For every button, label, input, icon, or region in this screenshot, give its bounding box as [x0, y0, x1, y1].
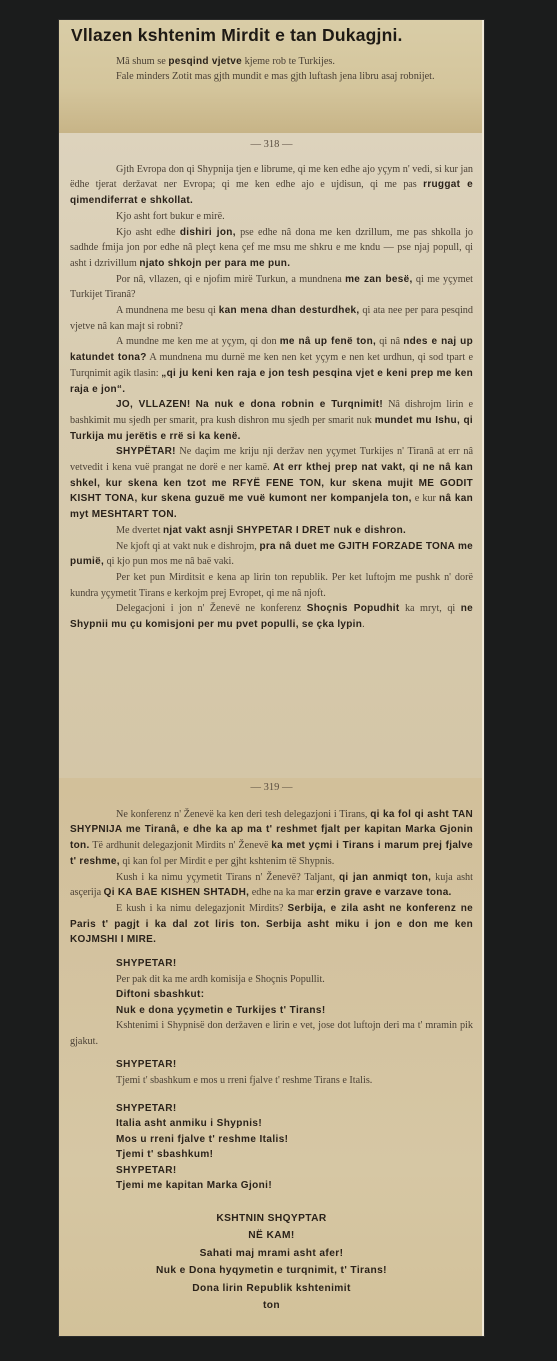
- header-intro: Mâ shum se pesqind vjetve kjeme rob te T…: [59, 54, 484, 84]
- text-run: Mâ shum se: [116, 56, 168, 67]
- text-run: Ne konferenz n' Ženevë ka ken deri tesh …: [116, 809, 370, 820]
- appeal-heading: SHYPETAR!: [116, 1057, 473, 1073]
- paragraph: Gjth Evropa don qi Shypnija tjen e libru…: [59, 162, 484, 209]
- text-run: Delegacjoni i jon n' Ženevë ne konferenz: [116, 603, 307, 614]
- closing-line: Dona lirin Republik kshtenimit: [59, 1280, 484, 1298]
- text-run: E kush i ka nimu delegazjonit Mirdits?: [116, 903, 288, 914]
- text-run: Kjo asht fort bukur e mirë.: [116, 211, 225, 222]
- text-run: qi nâ: [376, 336, 403, 347]
- appeal-paragraph: Tjemi t' sbashkum e mos u rreni fjalve t…: [59, 1073, 484, 1089]
- text-run: A mundne me ken me at yçym, qi don: [116, 336, 280, 347]
- bold-run: dishiri jon,: [180, 227, 236, 238]
- page-number: — 318 —: [59, 137, 484, 153]
- bold-run: JO, VLLAZEN!: [116, 399, 191, 410]
- paper-edge: [482, 20, 484, 1336]
- text-run: A mundnena me besu qi: [116, 305, 219, 316]
- text-run: e kur: [412, 493, 439, 504]
- appeal-line: Italia asht anmiku i Shypnis!: [116, 1116, 473, 1132]
- closing-line: Sahati maj mrami asht afer!: [59, 1245, 484, 1263]
- text-run: Me dvertet: [116, 525, 163, 536]
- paragraph: SHYPËTAR! Ne daçim me kriju nji deržav n…: [59, 444, 484, 523]
- paragraph: Delegacjoni i jon n' Ženevë ne konferenz…: [59, 601, 484, 632]
- text-run: qi kan fol per Mirdit e per gjht kshteni…: [120, 856, 334, 867]
- text-run: edhe na ka mar: [249, 887, 316, 898]
- bold-run: njat vakt asnji SHYPETAR I DRET nuk e di…: [163, 525, 406, 536]
- text-run: Kush i ka nimu yçymetit Tirans n' Ženevë…: [116, 872, 339, 883]
- text-run: kjeme rob te Turkijes.: [242, 56, 335, 67]
- paragraph: Me dvertet njat vakt asnji SHYPETAR I DR…: [59, 523, 484, 539]
- appeal-line: Diftoni sbashkut:: [116, 987, 473, 1003]
- paragraph: Ne konferenz n' Ženevë ka ken deri tesh …: [59, 807, 484, 870]
- paragraph: Kjo asht edhe dishiri jon, pse edhe nâ d…: [59, 225, 484, 272]
- appeal-block-2: SHYPETAR!: [59, 1057, 484, 1073]
- closing-line: ton: [59, 1297, 484, 1315]
- paragraph: Kjo asht fort bukur e mirë.: [59, 209, 484, 225]
- text-run: ka mryt, qi: [399, 603, 460, 614]
- paragraph: Por nâ, vllazen, qi e njofim mirë Turkun…: [59, 272, 484, 303]
- document-title: Vllazen kshtenim Mirdit e tan Dukagjni.: [71, 25, 476, 46]
- appeal-heading: SHYPETAR!: [116, 1163, 473, 1179]
- closing-line: KSHTNIN SHQYPTAR: [59, 1210, 484, 1228]
- scanned-document: Vllazen kshtenim Mirdit e tan Dukagjni. …: [59, 20, 484, 1336]
- appeal-line: Tjemi t' sbashkum!: [116, 1147, 473, 1163]
- header-clipping: Vllazen kshtenim Mirdit e tan Dukagjni. …: [59, 20, 484, 133]
- paragraph: Kush i ka nimu yçymetit Tirans n' Ženevë…: [59, 870, 484, 901]
- appeal-line: Mos u rreni fjalve t' reshme Italis!: [116, 1132, 473, 1148]
- paragraph: Ne kjoft qi at vakt nuk e dishrojm, pra …: [59, 539, 484, 570]
- bold-run: Shoçnis Popudhit: [307, 603, 400, 614]
- paragraph: JO, VLLAZEN! Na nuk e dona robnin e Turq…: [59, 397, 484, 444]
- page-319-paragraphs: Ne konferenz n' Ženevë ka ken deri tesh …: [59, 807, 484, 948]
- bold-run: Qi KA BAE KISHEN SHTADH,: [104, 887, 250, 898]
- bold-run: me nâ up fenë ton,: [280, 336, 376, 347]
- appeal-heading: SHYPETAR!: [116, 956, 473, 972]
- appeal-line: Tjemi me kapitan Marka Gjoni!: [116, 1178, 473, 1194]
- text-run: Por nâ, vllazen, qi e njofim mirë Turkun…: [116, 274, 345, 285]
- closing-line: NË KAM!: [59, 1227, 484, 1245]
- page-318-body: — 318 — Gjth Evropa don qi Shypnija tjen…: [59, 137, 484, 633]
- header-line: Fale minders Zotit mas gjth mundit e mas…: [59, 69, 484, 84]
- appeal-block-3: SHYPETAR! Italia asht anmiku i Shypnis! …: [59, 1101, 484, 1194]
- bold-run: me zan besë,: [345, 274, 412, 285]
- paragraph: A mundne me ken me at yçym, qi don me nâ…: [59, 334, 484, 397]
- bold-run: Na nuk e dona robnin e Turqnimit!: [196, 399, 383, 410]
- paragraph: Per ket pun Mirditsit e kena ap lirin to…: [59, 570, 484, 601]
- closing-line: Nuk e Dona hyqymetin e turqnimit, t' Tir…: [59, 1262, 484, 1280]
- text-run: Fale minders Zotit mas gjth mundit e mas…: [116, 71, 435, 82]
- text-run: qi kjo pun mos me nâ baë vaki.: [104, 556, 234, 567]
- page-318: — 318 — Gjth Evropa don qi Shypnija tjen…: [59, 133, 484, 778]
- paragraph: E kush i ka nimu delegazjonit Mirdits? S…: [59, 901, 484, 948]
- bold-run: qi jan anmiqt ton,: [339, 872, 431, 883]
- text-run: .: [362, 619, 365, 630]
- text-run: Kjo asht edhe: [116, 227, 180, 238]
- appeal-block-1: SHYPETAR! Per pak dit ka me ardh komisij…: [59, 956, 484, 1018]
- closing-slogans: KSHTNIN SHQYPTAR NË KAM! Sahati maj mram…: [59, 1210, 484, 1315]
- text-run: Gjth Evropa don qi Shypnija tjen e libru…: [70, 164, 473, 191]
- bold-run: SHYPËTAR!: [116, 446, 176, 457]
- bold-run: kan mena dhan desturdhek,: [219, 305, 360, 316]
- appeal-heading: SHYPETAR!: [116, 1101, 473, 1117]
- appeal-line: Per pak dit ka me ardh komisija e Shoçni…: [116, 972, 473, 988]
- text-run: Të ardhunit delegazjonit Mirdits n' Žene…: [90, 840, 272, 851]
- page-319-body: — 319 — Ne konferenz n' Ženevë ka ken de…: [59, 780, 484, 1315]
- page-319: — 319 — Ne konferenz n' Ženevë ka ken de…: [59, 778, 484, 1336]
- bold-run: pesqind vjetve: [168, 56, 242, 67]
- paragraph: A mundnena me besu qi kan mena dhan dest…: [59, 303, 484, 334]
- text-run: Ne kjoft qi at vakt nuk e dishrojm,: [116, 541, 259, 552]
- bold-run: erzin grave e varzave tona.: [316, 887, 451, 898]
- appeal-line: Nuk e dona yçymetin e Turkijes t' Tirans…: [116, 1003, 473, 1019]
- text-run: Per ket pun Mirditsit e kena ap lirin to…: [70, 572, 473, 599]
- bold-run: njato shkojn per para me pun.: [139, 258, 290, 269]
- page-318-paragraphs: Gjth Evropa don qi Shypnija tjen e libru…: [59, 162, 484, 633]
- header-line: Mâ shum se pesqind vjetve kjeme rob te T…: [59, 54, 484, 69]
- appeal-paragraph: Kshtenimi i Shypnisë don deržaven e liri…: [59, 1018, 484, 1049]
- page-number: — 319 —: [59, 780, 484, 796]
